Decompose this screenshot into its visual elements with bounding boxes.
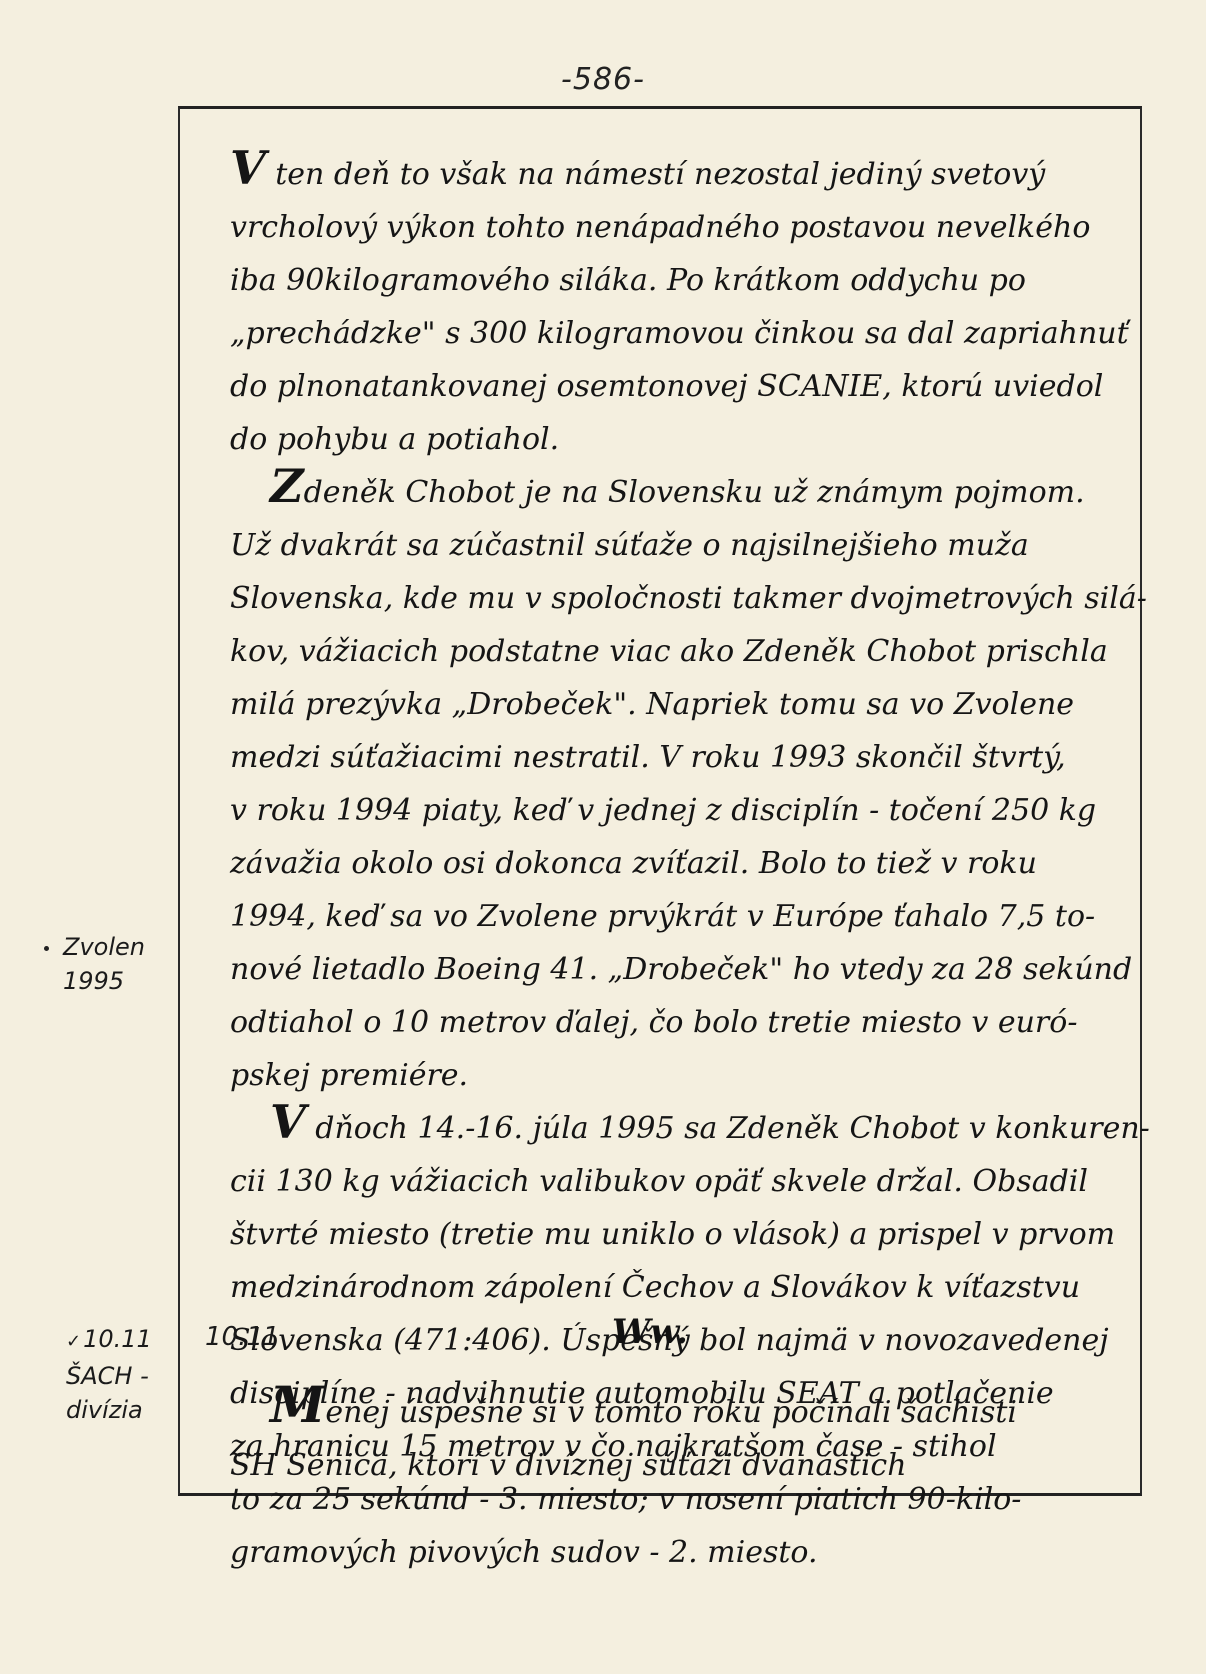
checkmark-icon: ✓ — [66, 1331, 81, 1352]
text-line: medzinárodnom zápolení Čechov a Slovákov… — [230, 1261, 1110, 1314]
text-line: Menej úspešne si v tomto roku počínali š… — [230, 1378, 1110, 1439]
text-line: odtiahol o 10 metrov ďalej, čo bolo tret… — [230, 996, 1110, 1049]
margin-note-line: ŠACH - — [66, 1359, 152, 1393]
text-line: v roku 1994 piaty, keď v jednej z discip… — [230, 784, 1110, 837]
main-text: V ten deň to však na námestí nezostal je… — [230, 148, 1110, 1579]
line-text: ten deň to však na námestí nezostal jedi… — [266, 157, 1046, 192]
text-line: cii 130 kg vážiacich valibukov opäť skve… — [230, 1155, 1110, 1208]
text-line: Už dvakrát sa zúčastnil súťaže o najsiln… — [230, 519, 1110, 572]
text-line: Zdeněk Chobot je na Slovensku už známym … — [230, 466, 1110, 519]
margin-note-sach: ✓10.11 ŠACH - divízia — [66, 1322, 152, 1427]
dropcap: M — [270, 1375, 325, 1434]
text-line: 1994, keď sa vo Zvolene prvýkrát v Európ… — [230, 890, 1110, 943]
text-line: do pohybu a potiahol. — [230, 413, 1110, 466]
margin-note-line: 1995 — [44, 964, 145, 998]
line-text: deněk Chobot je na Slovensku už známym p… — [304, 475, 1085, 510]
entry-date: 10.11 — [205, 1322, 279, 1352]
margin-note-line: ✓10.11 — [66, 1322, 152, 1359]
signature-mark: Ww. — [612, 1312, 688, 1352]
dropcap: V — [230, 141, 266, 195]
text-line: do plnonatankovanej osemtonovej SCANIE, … — [230, 360, 1110, 413]
line-text: dňoch 14.-16. júla 1995 sa Zdeněk Chobot… — [306, 1111, 1150, 1146]
dropcap: Z — [270, 459, 304, 513]
text-line: V ten deň to však na námestí nezostal je… — [230, 148, 1110, 201]
text-line: „prechádzke" s 300 kilogramovou činkou s… — [230, 307, 1110, 360]
text-line: vrcholový výkon tohto nenápadného postav… — [230, 201, 1110, 254]
text-line: nové lietadlo Boeing 41. „Drobeček" ho v… — [230, 943, 1110, 996]
margin-note-line: Zvolen — [44, 930, 145, 964]
text-line: SH Senica, ktorí v divíznej súťaži dvaná… — [230, 1439, 1110, 1492]
text-line: kov, vážiacich podstatne viac ako Zdeněk… — [230, 625, 1110, 678]
text-line: štvrté miesto (tretie mu uniklo o vlások… — [230, 1208, 1110, 1261]
page-number: -586- — [0, 62, 1206, 97]
text-line: medzi súťažiacimi nestratil. V roku 1993… — [230, 731, 1110, 784]
bullet-icon — [44, 946, 49, 951]
margin-note-line: divízia — [66, 1393, 152, 1427]
paragraph-4: Menej úspešne si v tomto roku počínali š… — [230, 1378, 1110, 1492]
text-line: Slovenska, kde mu v spoločnosti takmer d… — [230, 572, 1110, 625]
text-line: gramových pivových sudov - 2. miesto. — [230, 1526, 1110, 1579]
paragraph-2: Zdeněk Chobot je na Slovensku už známym … — [230, 466, 1110, 1102]
text-line: pskej premiére. — [230, 1049, 1110, 1102]
line-text: enej úspešne si v tomto roku počínali ša… — [325, 1395, 1017, 1430]
text-line: V dňoch 14.-16. júla 1995 sa Zdeněk Chob… — [230, 1102, 1110, 1155]
margin-note-zvolen: Zvolen 1995 — [44, 930, 145, 998]
dropcap: V — [270, 1095, 306, 1149]
paragraph-1: V ten deň to však na námestí nezostal je… — [230, 148, 1110, 466]
margin-note-text: 10.11 — [83, 1325, 152, 1353]
margin-note-text: Zvolen — [63, 933, 145, 961]
text-line: závažia okolo osi dokonca zvíťazil. Bolo… — [230, 837, 1110, 890]
text-line: milá prezývka „Drobeček". Napriek tomu s… — [230, 678, 1110, 731]
text-line: iba 90kilogramového siláka. Po krátkom o… — [230, 254, 1110, 307]
